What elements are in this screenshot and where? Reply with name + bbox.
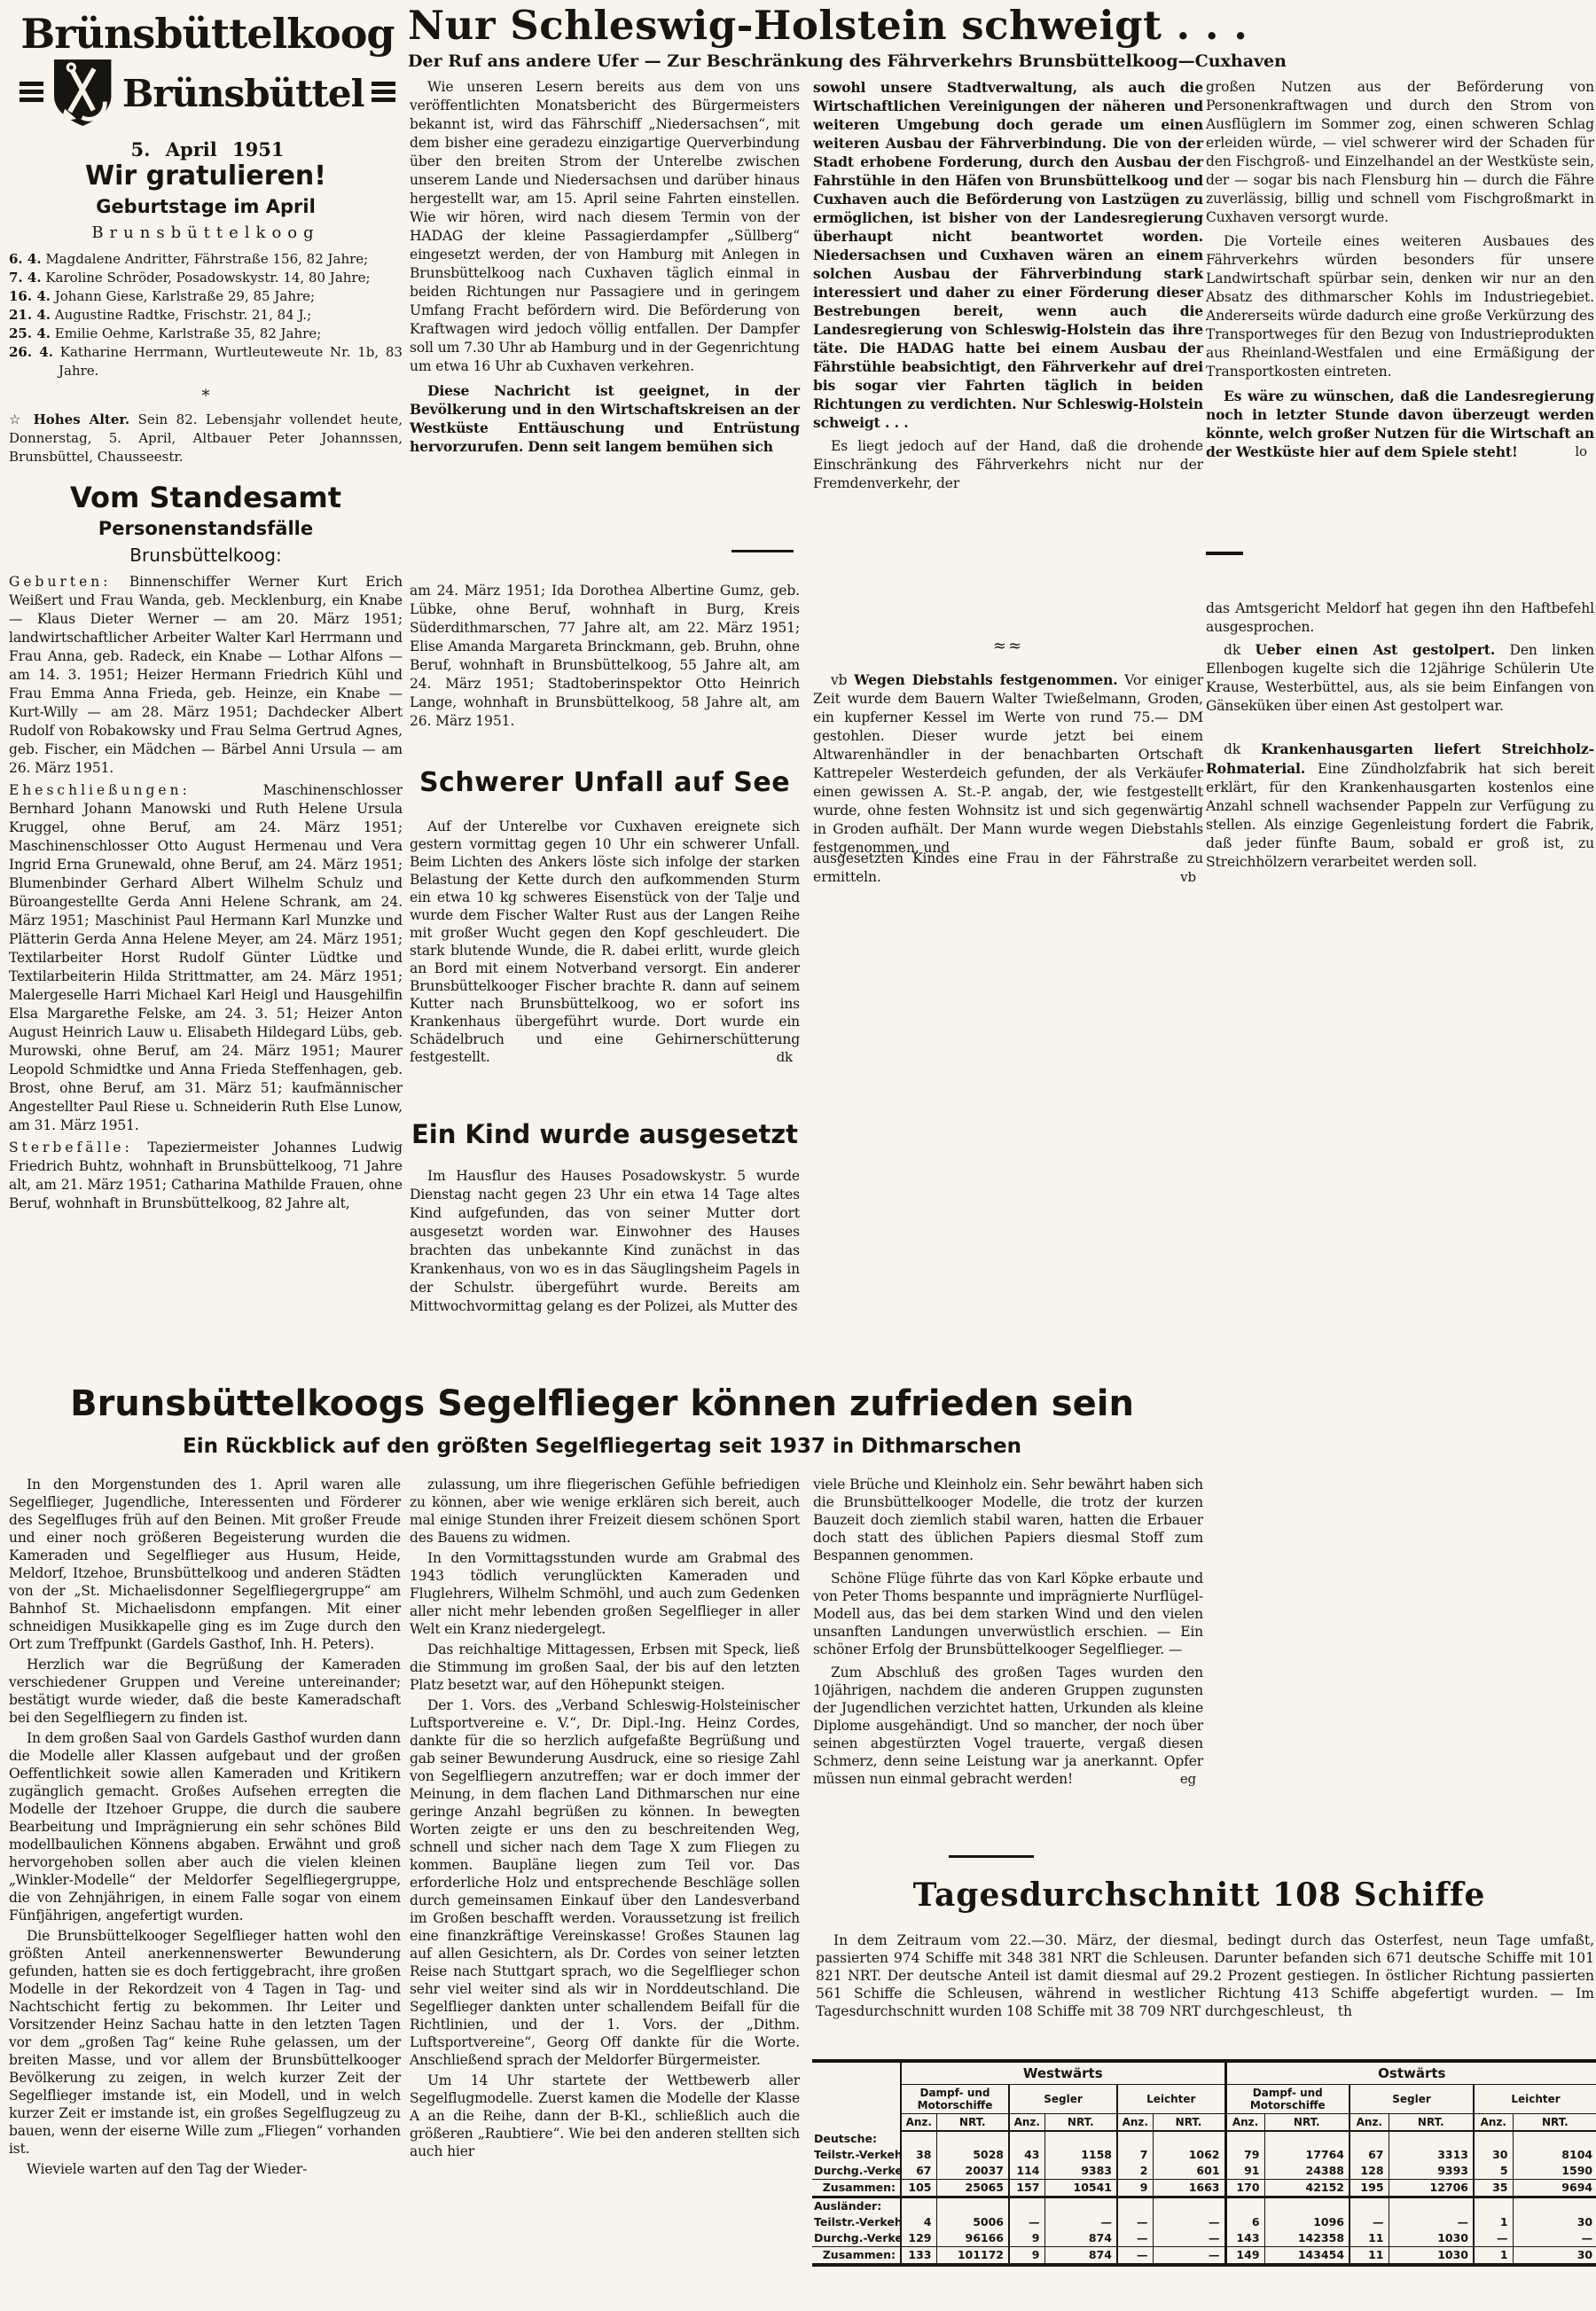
lead-col3-paragraph: Die Vorteile eines weiteren Ausbaues des… xyxy=(1206,232,1594,381)
glider-column-1: In den Morgenstunden des 1. April waren … xyxy=(9,1476,401,2181)
table-cell: 91 xyxy=(1225,2163,1264,2180)
registry-office-heading: Vom Standesamt xyxy=(9,481,403,514)
hohes-alter-item: ☆ Hohes Alter. Sein 82. Lebensjahr volle… xyxy=(9,411,403,466)
table-cell xyxy=(1513,2131,1596,2147)
glider-paragraph: Herzlich war die Begrüßung der Kameraden… xyxy=(9,1656,401,1727)
table-cell: 30 xyxy=(1474,2147,1513,2163)
glider-paragraph: Der 1. Vors. des „Verband Schleswig-Hols… xyxy=(410,1696,800,2069)
glider-paragraph: Wieviele warten auf den Tag der Wieder- xyxy=(9,2160,401,2178)
birthday-date: 7. 4. xyxy=(9,270,42,286)
table-cell: 1062 xyxy=(1153,2147,1225,2163)
table-cell: 9393 xyxy=(1389,2163,1474,2180)
masthead: Brünsbüttelkoog Brünsbüttel 5. April 195… xyxy=(20,12,395,161)
issue-date: 5. April 1951 xyxy=(20,138,395,161)
table-cell: 9 xyxy=(1117,2180,1153,2197)
table-group-header-row: Westwärts Ostwärts xyxy=(812,2061,1596,2085)
author-initials: lo xyxy=(1557,443,1587,461)
glider-paragraph: Die Brunsbüttelkooger Segelflieger hatte… xyxy=(9,1927,401,2158)
registry-place: Brunsbüttelkoog: xyxy=(9,544,403,566)
table-subheader-cell: NRT. xyxy=(1264,2114,1350,2132)
table-cell: 42152 xyxy=(1264,2180,1350,2197)
ship-type-header: Dampf- und Motorschiffe xyxy=(1225,2085,1350,2114)
lead-col3-paragraph-bold: Es wäre zu wünschen, daß die Landesregie… xyxy=(1206,387,1594,461)
congratulations-heading: Wir gratulieren! xyxy=(9,161,403,192)
table-cell xyxy=(1044,2131,1117,2147)
ship-type-header: Segler xyxy=(1009,2085,1117,2114)
table-cell: 30 xyxy=(1513,2214,1596,2230)
registry-paragraph: Sterbefälle: Tapeziermeister Johannes Lu… xyxy=(9,1139,403,1213)
newspaper-page: Brünsbüttelkoog Brünsbüttel 5. April 195… xyxy=(0,0,1596,2311)
table-cell xyxy=(1117,2131,1153,2147)
table-cell: 38 xyxy=(901,2147,936,2163)
table-cell: 9 xyxy=(1009,2230,1044,2247)
end-rule xyxy=(949,1855,1034,1858)
table-corner-cell xyxy=(812,2061,901,2085)
row-label: Zusammen: xyxy=(812,2180,901,2197)
registry-section-lead: Eheschließungen: xyxy=(9,782,191,798)
glider-paragraph: zulassung, um ihre fliegerischen Gefühle… xyxy=(410,1476,800,1547)
table-cell: 7 xyxy=(1117,2147,1153,2163)
table-cell xyxy=(1389,2197,1474,2215)
table-cell xyxy=(936,2197,1009,2215)
table-cell xyxy=(1009,2197,1044,2215)
table-cell: 142358 xyxy=(1264,2230,1350,2247)
hohes-alter-title: Hohes Alter. xyxy=(34,411,130,427)
brief-prefix: dk xyxy=(1224,642,1240,658)
registry-paragraph: Geburten: Binnenschiffer Werner Kurt Eri… xyxy=(9,573,403,778)
table-cell xyxy=(1225,2197,1264,2215)
registry-paragraph: Eheschließungen: Maschinenschlosser Bern… xyxy=(9,781,403,1135)
table-cell xyxy=(1153,2131,1225,2147)
table-cell: 6 xyxy=(1225,2214,1264,2230)
table-cell: 149 xyxy=(1225,2247,1264,2266)
end-rule xyxy=(731,550,794,552)
masthead-flourish-left-icon xyxy=(20,82,43,105)
lead-column-2: sowohl unsere Stadtverwaltung, als auch … xyxy=(813,78,1203,498)
registry-section-text: Binnenschiffer Werner Kurt Erich Weißert… xyxy=(9,574,403,776)
table-cell: 1158 xyxy=(1044,2147,1117,2163)
table-subheader-cell: Anz. xyxy=(1474,2114,1513,2132)
birthday-date: 25. 4. xyxy=(9,325,51,341)
registry-subheading: Personenstandsfälle xyxy=(9,518,403,539)
table-cell xyxy=(1264,2197,1350,2215)
glider-paragraph: Schöne Flüge führte das von Karl Köpke e… xyxy=(813,1570,1203,1658)
brief-prefix: dk xyxy=(1224,741,1240,757)
birthday-date: 6. 4. xyxy=(9,251,42,267)
birthday-text: Augustine Radtke, Frischstr. 21, 84 J.; xyxy=(55,307,311,323)
ship-traffic-table: Westwärts Ostwärts Dampf- und Motorschif… xyxy=(812,2059,1596,2267)
table-cell xyxy=(1513,2197,1596,2215)
table-cell: 3313 xyxy=(1389,2147,1474,2163)
table-cell xyxy=(1225,2131,1264,2147)
lead-col1-paragraph-bold: Diese Nachricht ist geeignet, in der Bev… xyxy=(410,381,800,456)
ship-average-headline: Tagesdurchschnitt 108 Schiffe xyxy=(802,1876,1596,1914)
registry-section-lead: Sterbefälle: xyxy=(9,1140,133,1155)
author-initials: vb xyxy=(1180,868,1196,887)
birthday-text: Magdalene Andritter, Fährstraße 156, 82 … xyxy=(45,251,368,267)
table-cell: 101172 xyxy=(936,2247,1009,2266)
table-cell: 12706 xyxy=(1389,2180,1474,2197)
table-cell: 105 xyxy=(901,2180,936,2197)
glider-paragraph: viele Brüche und Kleinholz ein. Sehr bew… xyxy=(813,1476,1203,1564)
ship-average-intro: In dem Zeitraum vom 22.—30. März, der di… xyxy=(816,1931,1594,2020)
row-label: Ausländer: xyxy=(812,2197,901,2215)
table-row: Zusammen: 133 101172 9 874 — — 149 14345… xyxy=(812,2247,1596,2266)
registry-section-lead: Geburten: xyxy=(9,574,111,590)
row-label: Durchg.-Verkehr xyxy=(812,2163,901,2180)
squiggle-divider: ≈≈ xyxy=(813,640,1203,653)
table-subheader-cell: NRT. xyxy=(936,2114,1009,2132)
table-subheader-cell: Anz. xyxy=(1350,2114,1389,2132)
table-cell: 143 xyxy=(1225,2230,1264,2247)
table-cell: 874 xyxy=(1044,2247,1117,2266)
table-row: Deutsche: xyxy=(812,2131,1596,2147)
table-cell: 8104 xyxy=(1513,2147,1596,2163)
glider-column-3: viele Brüche und Kleinholz ein. Sehr bew… xyxy=(813,1476,1203,1793)
table-cell: 96166 xyxy=(936,2230,1009,2247)
table-cell: 11 xyxy=(1350,2230,1389,2247)
table-cell: 20037 xyxy=(936,2163,1009,2180)
westwards-header: Westwärts xyxy=(901,2061,1225,2085)
masthead-title-line2: Brünsbüttel xyxy=(122,72,364,115)
table-cell: 5028 xyxy=(936,2147,1009,2163)
glider-subheadline: Ein Rückblick auf den größten Segelflieg… xyxy=(0,1435,1204,1458)
row-label: Durchg.-Verkehr xyxy=(812,2230,901,2247)
table-cell xyxy=(901,2131,936,2147)
sea-accident-body: Auf der Unterelbe vor Cuxhaven ereignete… xyxy=(410,818,800,1066)
table-row: Teilstr.-Verkehr 38 5028 43 1158 7 1062 … xyxy=(812,2147,1596,2163)
table-cell: 9694 xyxy=(1513,2180,1596,2197)
ship-type-header: Leichter xyxy=(1117,2085,1225,2114)
abandoned-child-body: Im Hausflur des Hauses Posadowskystr. 5 … xyxy=(410,1167,800,1316)
eastwards-header: Ostwärts xyxy=(1225,2061,1596,2085)
masthead-title-line1: Brünsbüttelkoog xyxy=(20,12,395,55)
registry-section-text: Maschinenschlosser Bernhard Johann Manow… xyxy=(9,782,403,1133)
table-row: Teilstr.-Verkehr 4 5006 — — — — 6 1096 —… xyxy=(812,2214,1596,2230)
birthday-entry: 25. 4. Emilie Oehme, Karlstraße 35, 82 J… xyxy=(9,325,403,343)
theft-brief-title: Wegen Diebstahls festgenommen. xyxy=(854,671,1117,688)
table-cell: 9383 xyxy=(1044,2163,1117,2180)
table-cell: — xyxy=(1044,2214,1117,2230)
table-cell: — xyxy=(1389,2214,1474,2230)
lead-subheadline: Der Ruf ans andere Ufer — Zur Beschränku… xyxy=(408,51,1183,71)
lead-column-1: Wie unseren Lesern bereits aus dem von u… xyxy=(410,78,800,461)
table-row: Durchg.-Verkehr 129 96166 9 874 — — 143 … xyxy=(812,2230,1596,2247)
table-cell xyxy=(936,2131,1009,2147)
table-cell: 25065 xyxy=(936,2180,1009,2197)
table-cell: 1030 xyxy=(1389,2230,1474,2247)
table-subheader-cell: Anz. xyxy=(901,2114,936,2132)
table-cell: 11 xyxy=(1350,2247,1389,2266)
lead-col1-paragraph: Wie unseren Lesern bereits aus dem von u… xyxy=(410,78,800,376)
table-cell: 9 xyxy=(1009,2247,1044,2266)
row-label: Teilstr.-Verkehr xyxy=(812,2147,901,2163)
table-cell: — xyxy=(1350,2214,1389,2230)
birthday-text: Karoline Schröder, Posadowskystr. 14, 80… xyxy=(45,270,370,286)
theft-brief: vb Wegen Diebstahls festgenommen. Vor ei… xyxy=(813,670,1203,858)
table-cell: — xyxy=(1117,2230,1153,2247)
table-type-header-row: Dampf- und Motorschiffe Segler Leichter … xyxy=(812,2085,1596,2114)
table-cell: 1 xyxy=(1474,2214,1513,2230)
table-subheader-cell: Anz. xyxy=(1225,2114,1264,2132)
table-cell xyxy=(1350,2131,1389,2147)
row-label: Deutsche: xyxy=(812,2131,901,2147)
table-cell xyxy=(1474,2131,1513,2147)
table-cell: — xyxy=(1153,2247,1225,2266)
table-cell xyxy=(901,2197,936,2215)
table-cell: 24388 xyxy=(1264,2163,1350,2180)
author-initials: eg xyxy=(1162,1770,1196,1788)
matchwood-brief-body: Eine Zündholzfabrik hat sich bereit erkl… xyxy=(1206,761,1594,870)
asterisk-divider: * xyxy=(9,389,403,403)
table-cell: 1096 xyxy=(1264,2214,1350,2230)
star-icon: ☆ xyxy=(9,411,25,427)
ship-type-header: Leichter xyxy=(1474,2085,1596,2114)
birthday-text: Emilie Oehme, Karlstraße 35, 82 Jahre; xyxy=(55,325,322,341)
table-cell: 133 xyxy=(901,2247,936,2266)
table-row: Ausländer: xyxy=(812,2197,1596,2215)
birthday-entry: 7. 4. Karoline Schröder, Posadowskystr. … xyxy=(9,269,403,287)
birthday-text: Katharine Herrmann, Wurtleuteweute Nr. 1… xyxy=(59,344,403,379)
table-cell: 43 xyxy=(1009,2147,1044,2163)
lead-headline: Nur Schleswig-Holstein schweigt . . . xyxy=(408,2,1183,49)
glider-paragraph: In dem großen Saal von Gardels Gasthof w… xyxy=(9,1729,401,1924)
table-cell: — xyxy=(1117,2214,1153,2230)
table-cell: 601 xyxy=(1153,2163,1225,2180)
table-cell xyxy=(1264,2131,1350,2147)
table-cell: — xyxy=(1513,2230,1596,2247)
table-cell xyxy=(1474,2197,1513,2215)
table-cell: 17764 xyxy=(1264,2147,1350,2163)
ship-type-header: Segler xyxy=(1350,2085,1474,2114)
birthdays-place: Brunsbüttelkoog xyxy=(9,223,403,242)
table-cell: 10541 xyxy=(1044,2180,1117,2197)
left-column: Wir gratulieren! Geburtstage im April Br… xyxy=(9,161,403,1217)
table-subheader-cell: Anz. xyxy=(1117,2114,1153,2132)
glider-paragraph: In den Vormittagsstunden wurde am Grabma… xyxy=(410,1549,800,1638)
table-cell: 79 xyxy=(1225,2147,1264,2163)
table-cell: 30 xyxy=(1513,2247,1596,2266)
matchwood-brief: dk Krankenhausgarten liefert Streichholz… xyxy=(1206,740,1594,872)
table-cell: 1 xyxy=(1474,2247,1513,2266)
lead-column-3: großen Nutzen aus der Beförderung von Pe… xyxy=(1206,78,1594,466)
lead-col3-paragraph: großen Nutzen aus der Beförderung von Pe… xyxy=(1206,78,1594,227)
row-label: Zusammen: xyxy=(812,2247,901,2266)
table-cell: — xyxy=(1009,2214,1044,2230)
table-cell: 874 xyxy=(1044,2230,1117,2247)
author-initials: dk xyxy=(759,1048,793,1066)
deaths-continuation: am 24. März 1951; Ida Dorothea Albertine… xyxy=(410,582,800,731)
table-cell: 129 xyxy=(901,2230,936,2247)
table-cell: 157 xyxy=(1009,2180,1044,2197)
theft-brief-continuation: das Amtsgericht Meldorf hat gegen ihn de… xyxy=(1206,599,1594,637)
table-subheader-cell: NRT. xyxy=(1153,2114,1225,2132)
brief-prefix: vb xyxy=(831,672,847,688)
birthday-entry: 21. 4. Augustine Radtke, Frischstr. 21, … xyxy=(9,306,403,325)
glider-paragraph: Zum Abschluß des großen Tages wurden den… xyxy=(813,1664,1203,1788)
table-cell xyxy=(1044,2197,1117,2215)
masthead-flourish-right-icon xyxy=(372,82,395,105)
row-label: Teilstr.-Verkehr xyxy=(812,2214,901,2230)
birthday-entry: 16. 4. Johann Giese, Karlstraße 29, 85 J… xyxy=(9,287,403,306)
table-cell: 4 xyxy=(901,2214,936,2230)
birthdays-subheading: Geburtstage im April xyxy=(9,196,403,217)
table-cell: 143454 xyxy=(1264,2247,1350,2266)
table-cell: 67 xyxy=(1350,2147,1389,2163)
table-row: Durchg.-Verkehr 67 20037 114 9383 2 601 … xyxy=(812,2163,1596,2180)
glider-paragraph: In den Morgenstunden des 1. April waren … xyxy=(9,1476,401,1653)
glider-headline: Brunsbüttelkoogs Segelflieger können zuf… xyxy=(0,1383,1204,1424)
table-cell: 114 xyxy=(1009,2163,1044,2180)
glider-column-2: zulassung, um ihre fliegerischen Gefühle… xyxy=(410,1476,800,2163)
shield-anchor-spade-icon xyxy=(51,57,114,129)
glider-paragraph: Das reichhaltige Mittagessen, Erbsen mit… xyxy=(410,1641,800,1694)
theft-brief-body: Vor einiger Zeit wurde dem Bauern Walter… xyxy=(813,672,1203,856)
birthday-text: Johann Giese, Karlstraße 29, 85 Jahre; xyxy=(55,288,315,304)
table-cell xyxy=(1350,2197,1389,2215)
table-cell: 5 xyxy=(1474,2163,1513,2180)
table-subheader-cell: NRT. xyxy=(1513,2114,1596,2132)
table-row: Zusammen: 105 25065 157 10541 9 1663 170… xyxy=(812,2180,1596,2197)
lead-col2-paragraph-bold: sowohl unsere Stadtverwaltung, als auch … xyxy=(813,78,1203,432)
stumble-brief-title: Ueber einen Ast gestolpert. xyxy=(1256,641,1496,658)
registry-sections: Geburten: Binnenschiffer Werner Kurt Eri… xyxy=(9,573,403,1213)
birthday-entry: 26. 4. Katharine Herrmann, Wurtleuteweut… xyxy=(9,343,403,380)
table-cell xyxy=(1117,2197,1153,2215)
end-rule xyxy=(1206,552,1243,555)
table-body: Deutsche: Teilstr.-Verkehr xyxy=(812,2131,1596,2265)
table-subheader-cell: NRT. xyxy=(1389,2114,1474,2132)
birthday-date: 16. 4. xyxy=(9,288,51,304)
table-cell: — xyxy=(1474,2230,1513,2247)
table-cell: 35 xyxy=(1474,2180,1513,2197)
table-cell: — xyxy=(1153,2230,1225,2247)
table-cell: 1590 xyxy=(1513,2163,1596,2180)
table-subheader-row: Anz.NRT.Anz.NRT.Anz.NRT.Anz.NRT.Anz.NRT.… xyxy=(812,2114,1596,2132)
birthday-date: 21. 4. xyxy=(9,307,51,323)
birthday-list: 6. 4. Magdalene Andritter, Fährstraße 15… xyxy=(9,250,403,380)
lead-col2-paragraph: Es liegt jedoch auf der Hand, daß die dr… xyxy=(813,437,1203,493)
table-cell: 2 xyxy=(1117,2163,1153,2180)
stumble-brief: dk Ueber einen Ast gestolpert. Den linke… xyxy=(1206,640,1594,716)
table-cell: 170 xyxy=(1225,2180,1264,2197)
table-subheader-cell: NRT. xyxy=(1044,2114,1117,2132)
table-cell xyxy=(1153,2197,1225,2215)
table-cell: 195 xyxy=(1350,2180,1389,2197)
table-cell: 128 xyxy=(1350,2163,1389,2180)
table-cell xyxy=(1009,2131,1044,2147)
table-cell: 5006 xyxy=(936,2214,1009,2230)
table-cell xyxy=(1389,2131,1474,2147)
table-cell: 67 xyxy=(901,2163,936,2180)
table-subheader-cell: Anz. xyxy=(1009,2114,1044,2132)
table-cell: — xyxy=(1153,2214,1225,2230)
birthday-date: 26. 4. xyxy=(9,344,53,360)
glider-paragraph: Um 14 Uhr startete der Wettbewerb aller … xyxy=(410,2072,800,2160)
table-cell: 1663 xyxy=(1153,2180,1225,2197)
table-cell: 1030 xyxy=(1389,2247,1474,2266)
sea-accident-heading: Schwerer Unfall auf See xyxy=(410,768,800,798)
abandoned-child-heading: Ein Kind wurde ausgesetzt xyxy=(410,1119,800,1149)
table-cell: — xyxy=(1117,2247,1153,2266)
author-initials: th xyxy=(1338,2003,1352,2019)
ship-type-header: Dampf- und Motorschiffe xyxy=(901,2085,1009,2114)
birthday-entry: 6. 4. Magdalene Andritter, Fährstraße 15… xyxy=(9,250,403,269)
